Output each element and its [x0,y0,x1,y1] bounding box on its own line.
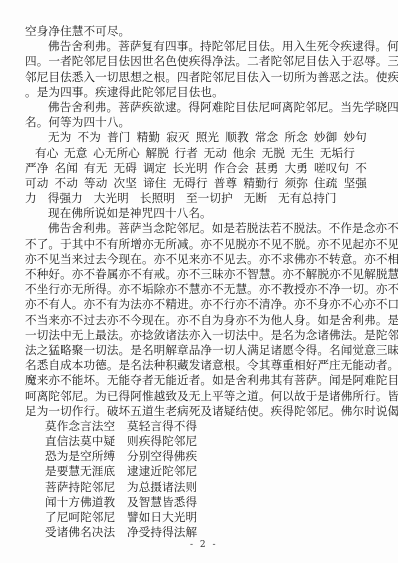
dharani-name: 严净 [25,161,48,176]
dharani-name: 无碍 [114,161,137,176]
text-line: 现在佛所说如是神咒四十八名。 [25,206,367,221]
dharani-name: 妙句 [343,130,366,145]
text-line: 亦不见当来过去今现在。亦不见来亦不见去。亦不求佛亦不转意。亦不相好亦 [25,252,367,267]
verse-line: 莫作念言法空莫轻言得不得 [25,419,367,434]
verse-first-half: 莫作念言法空 [45,419,127,434]
dharani-name: 得强力 [48,191,83,206]
dharani-name: 无脱 [262,146,285,161]
dharani-name: 所念 [284,130,307,145]
dharani-name: 常念 [255,130,278,145]
forty-eight-names-list: 无为不为普门精勤寂灭照光顺教常念所念妙御妙句有心无意心无所心解脱行者无动他余无脱… [25,130,367,206]
document-page: 空身净住慧不可尽。佛告舍利弗。菩萨复有四事。持陀邻尼目佉。用入生死令疾逮得。何等… [0,0,398,563]
text-line: 不种好。亦不眷属亦不有戒。亦不三昧亦不智慧。亦不解脱亦不见解脱慧。亦 [25,267,367,282]
dharani-name: 无动 [204,146,227,161]
text-line: 四。一者陀邻尼目佉因世名色使疾得净法。二者陀邻尼目佉入于忍辱。三者陀 [25,54,367,69]
dharani-name: 住疏 [314,176,337,191]
verse-line: 菩萨持陀邻尼为总摄诸法则 [25,480,367,495]
verse-second-half: 及智慧皆悉得 [127,495,209,510]
dharani-name: 谛住 [143,176,166,191]
verse-first-half: 菩萨持陀邻尼 [45,480,127,495]
dharani-name: 无断 [244,191,267,206]
verse-first-half: 恐为是空所缚 [45,449,127,464]
verse-second-half: 逮逮近陀邻尼 [127,464,209,479]
verse-first-half: 闻十方佛道教 [45,495,127,510]
text-line: 佛告舍利弗。菩萨当念陀邻尼。如是若脱法若不脱法。不作是念亦不知亦 [25,221,367,236]
dharani-name: 无有总持门 [278,191,336,206]
verse-line: 闻十方佛道教及智慧皆悉得 [25,495,367,510]
dharani-name: 不 [355,161,367,176]
page-number: - 2 - [190,540,218,550]
dharani-name: 有无 [84,161,107,176]
dharani-name: 行者 [175,146,198,161]
name-row: 无为不为普门精勤寂灭照光顺教常念所念妙御妙句 [25,130,367,145]
verse-second-half: 净受持得法解 [127,525,209,540]
dharani-name: 他余 [233,146,256,161]
text-line: 空身净住慧不可尽。 [25,24,367,39]
dharani-name: 不为 [78,130,101,145]
text-line: 呵离陀邻尼。为已得阿惟越致及无上平等之道。何以故于是诸佛所行。皆以具 [25,389,367,404]
verse-line: 是要慧无涯底逮逮近陀邻尼 [25,464,367,479]
verse-line: 恐为是空所缚分别空得佛疾 [25,449,367,464]
dharani-name: 次坚 [114,176,137,191]
dharani-name: 可动 [25,176,48,191]
verse-gatha: 莫作念言法空莫轻言得不得直信法莫中疑则疾得陀邻尼恐为是空所缚分别空得佛疾是要慧无… [25,419,367,541]
dharani-name: 作合会 [214,161,249,176]
dharani-name: 甚勇 [255,161,278,176]
text-line: 邻尼目佉悉入一切思想之根。四者陀邻尼目佉入一切所为善恶之法。使疾逮得 [25,70,367,85]
verse-line: 了尼呵陀邻尼譬如日大光明 [25,510,367,525]
dharani-name: 至一切护 [186,191,233,206]
dharani-name: 无为 [48,130,71,145]
verse-first-half: 直信法莫中疑 [45,434,127,449]
dharani-name: 无意 [64,146,87,161]
name-row: 有心无意心无所心解脱行者无动他余无脱无生无垢行 [25,146,367,161]
text-line: 一切法中无上最法。亦捻敛诸法亦入一切法中。是名为念诸佛法。是陀邻尼名 [25,328,367,343]
dharani-name: 坚强 [344,176,367,191]
dharani-name: 无生 [291,146,314,161]
dharani-name: 精勤行 [243,176,278,191]
text-line: 。是为四事。疾逮得此陀邻尼目佉也。 [25,85,367,100]
dharani-name: 寂灭 [166,130,189,145]
text-line: 法之猛略聚一切法。是名明解章品净一切人满足诸愿令得。名闻觉意三昧。是 [25,343,367,358]
text-line: 不坐行亦无所得。亦不垢除亦不慧亦不无慧。亦不教授亦不净一切。亦不有我 [25,282,367,297]
verse-second-half: 莫轻言得不得 [127,419,209,434]
text-line: 名悉自成本功德。是名法种积藏发诸意根。令其尊重相好严庄无能动者。若天 [25,358,367,373]
verse-second-half: 为总摄诸法则 [127,480,209,495]
text-line: 亦不有人。亦不有为法亦不精进。亦不行亦不清净。亦不身亦不心亦不口。亦 [25,297,367,312]
name-row: 严净名闻有无无碍调定长光明作合会甚勇大勇嗟叹句不 [25,161,367,176]
dharani-name: 普尊 [214,176,237,191]
text-line: 不当来亦不过去亦不今现在。亦不自为身亦不为他人身。如是舍利弗。是法名 [25,313,367,328]
dharani-name: 等动 [84,176,107,191]
name-row: 力得强力大光明长照明至一切护无断无有总持门 [25,191,367,206]
dharani-name: 大光明 [94,191,129,206]
text-line: 魔来亦不能坏。无能夺者无能近者。如是舍利弗其有菩萨。闻是阿难陀目佉尼 [25,373,367,388]
dharani-name: 嗟叹句 [314,161,349,176]
verse-first-half: 受诸佛名决法 [45,525,127,540]
dharani-name: 心无所心 [93,146,140,161]
dharani-name: 普门 [107,130,130,145]
verse-first-half: 了尼呵陀邻尼 [45,510,127,525]
text-line: 佛告舍利弗。菩萨疾欲逮。得阿难陀目佉尼呵离陀邻尼。当先学晓四十八 [25,100,367,115]
name-row: 可动不动等动次坚谛住无碍行普尊精勤行须弥住疏坚强 [25,176,367,191]
dharani-name: 调定 [143,161,166,176]
dharani-name: 名闻 [55,161,78,176]
text-line: 不了。于其中不有所增亦无所减。亦不见脱亦不见不脱。亦不见起亦不见灭。 [25,237,367,252]
verse-second-half: 则疾得陀邻尼 [127,434,209,449]
main-paragraphs: 现在佛所说如是神咒四十八名。佛告舍利弗。菩萨当念陀邻尼。如是若脱法若不脱法。不作… [25,206,367,419]
dharani-name: 解脱 [146,146,169,161]
text-line: 足为一切作行。破坏五道生老病死及诸疑结使。疾得陀邻尼。佛尔时说偈言。 [25,404,367,419]
dharani-name: 妙御 [314,130,337,145]
dharani-name: 大勇 [285,161,308,176]
verse-line: 直信法莫中疑则疾得陀邻尼 [25,434,367,449]
opening-paragraphs: 空身净住慧不可尽。佛告舍利弗。菩萨复有四事。持陀邻尼目佉。用入生死令疾逮得。何等… [25,24,367,130]
dharani-name: 精勤 [137,130,160,145]
dharani-name: 长照明 [140,191,175,206]
verse-first-half: 是要慧无涯底 [45,464,127,479]
page-body: 空身净住慧不可尽。佛告舍利弗。菩萨复有四事。持陀邻尼目佉。用入生死令疾逮得。何等… [25,24,367,540]
dharani-name: 无垢行 [320,146,355,161]
verse-second-half: 分别空得佛疾 [127,449,209,464]
verse-second-half: 譬如日大光明 [127,510,209,525]
dharani-name: 照光 [196,130,219,145]
dharani-name: 有心 [35,146,58,161]
dharani-name: 不动 [55,176,78,191]
dharani-name: 须弥 [285,176,308,191]
dharani-name: 顺教 [225,130,248,145]
dharani-name: 力 [25,191,37,206]
dharani-name: 无碍行 [173,176,208,191]
dharani-name: 长光明 [173,161,208,176]
verse-line: 受诸佛名决法净受持得法解 [25,525,367,540]
text-line: 名。何等为四十八。 [25,115,367,130]
text-line: 佛告舍利弗。菩萨复有四事。持陀邻尼目佉。用入生死令疾逮得。何等为 [25,39,367,54]
